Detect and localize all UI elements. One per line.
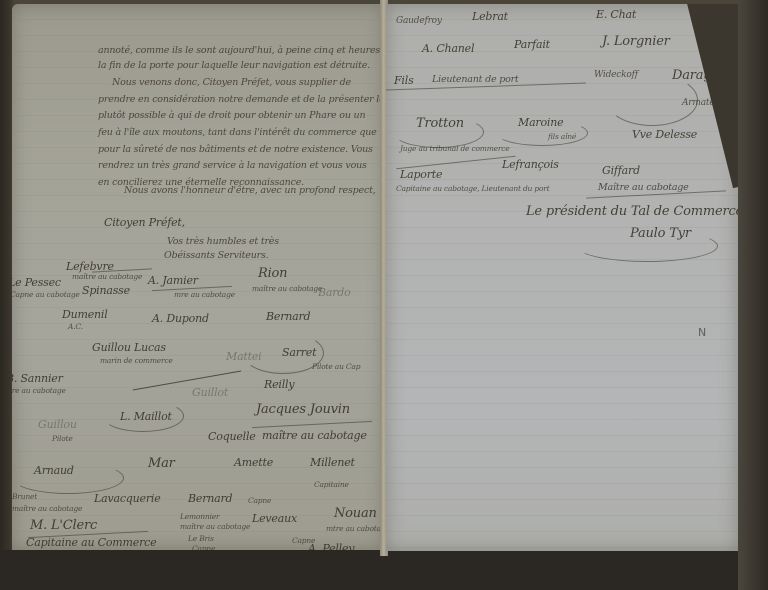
body-line-7: pour la sûreté de nos bâtiments et de no… [98,144,373,155]
signature: Parfait [514,38,550,51]
signature: Reilly [264,378,294,391]
signature: Giffard [602,164,640,177]
signature: Guillot [192,386,228,399]
signature-title: maître au cabotage [12,504,82,513]
signature: Laporte [400,168,442,181]
signature-title: mtre au cabotage [326,524,384,533]
body-line-2: la fin de la porte pour laquelle leur na… [98,60,370,71]
signature-title: maître au cabotage [262,429,367,442]
signature: Vve Delesse [632,128,697,141]
signature-title: Lieutenant de port [432,74,519,85]
signature-title: Pilote [52,434,73,443]
closing-line-2: Obéissants Serviteurs. [164,250,268,261]
signature-title: Capne au cabotage [12,290,80,299]
signature: Gaudefroy [396,16,442,26]
signature: Coquelle [208,430,256,443]
signature: Guillou Lucas [92,341,166,354]
signature: Le Pessec [12,276,61,289]
body-line-6: feu à l'île aux moutons, tant dans l'int… [98,127,377,138]
signature: Bernard [188,492,232,505]
signature: Millenet [310,456,355,469]
signature: Bardo [318,286,351,299]
signature-title: Capitaine au cabotage, Lieutenant du por… [396,184,549,193]
signature: Dumenil [62,308,108,321]
signature-title: Capne [248,496,271,505]
signature-title: Capitaine au Commerce [26,536,156,549]
signature: Jacques Jouvin [256,402,350,417]
signature-title: Pilote au Cap [312,362,360,371]
signature-title: maître au cabotage [72,272,142,281]
signature: Mar [148,456,175,471]
signature-title: mre au cabotage [174,290,235,299]
signature-title: maître au cabotage [252,284,322,293]
signature: Lebrat [472,10,508,23]
table-surface [0,550,768,590]
signature: Brunet [12,492,37,501]
signature: Le Bris [188,534,214,543]
body-line-8: rendrez un très grand service à la navig… [98,160,367,171]
closing-line-1: Vos très humbles et très [167,236,279,247]
signature: Leveaux [252,512,297,525]
signature: Spinasse [82,284,130,297]
body-line-3: Nous venons donc, Citoyen Préfet, vous s… [112,77,351,88]
margin-mark: N [698,326,706,339]
body-line-1: annoté, comme ils le sont aujourd'hui, à… [98,45,384,56]
signature: Bernard [266,310,310,323]
body-line-4: prendre en considération notre demande e… [98,94,384,105]
signature: B. Sannier [12,372,63,385]
signature: Fils [394,74,414,87]
signature: M. L'Clerc [30,518,97,533]
signature-title: Capitaine [314,480,349,489]
signature: Nouan [334,506,377,521]
right-page: Gaudefroy Lebrat E. Chat A. Chanel Parfa… [386,4,738,551]
signature: Guillou [38,418,77,431]
signature: A. Jamier [148,274,198,287]
signature-title: Capne [192,544,215,550]
flourish-loop [392,116,484,148]
flourish-loop [102,400,184,432]
signature-title: A.C. [68,322,83,331]
salutation: Citoyen Préfet, [104,216,185,229]
signature: Rion [258,266,287,281]
body-line-5: plutôt possible à qui de droit pour obte… [98,110,365,121]
signature: J. Lorgnier [602,34,670,49]
flourish-loop [242,332,324,374]
body-line-10: Nous avons l'honneur d'être, avec un pro… [124,185,376,196]
left-page: annoté, comme ils le sont aujourd'hui, à… [12,4,384,550]
signature-title: Capne [292,536,315,545]
signature-title: maître au cabotage [180,522,250,531]
right-shadow [738,0,768,590]
flourish-loop [496,120,588,146]
signature-title: marin de commerce [100,356,173,365]
flourish-loop [606,74,698,126]
signature-title: Maître au cabotage [598,182,689,193]
signature-title: mtre au cabotage [12,386,66,395]
signature: A. Chanel [422,42,474,55]
signature: Lavacquerie [94,492,161,505]
signature: Lemonnier [180,512,219,521]
signature: A. Dupond [152,312,209,325]
president-title: Le président du Tal de Commerce [526,204,738,219]
signature: Amette [234,456,273,469]
signature: E. Chat [596,8,636,21]
flourish-loop [12,462,124,494]
signature: Lefrançois [502,158,559,171]
flourish-loop [576,230,718,262]
